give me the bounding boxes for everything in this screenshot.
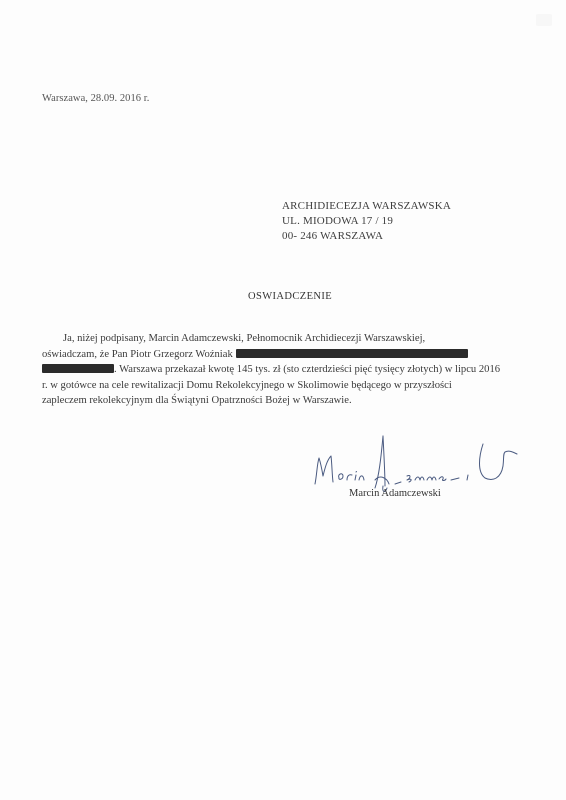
declaration-body: Ja, niżej podpisany, Marcin Adamczewski,… [42, 331, 522, 409]
body-line-3-text: . Warszawa przekazał kwotę 145 tys. zł (… [114, 364, 500, 375]
body-line-3: . Warszawa przekazał kwotę 145 tys. zł (… [42, 362, 522, 378]
signer-name: Marcin Adamczewski [349, 488, 441, 499]
recipient-line-1: ARCHIDIECEZJA WARSZAWSKA [282, 199, 451, 214]
body-line-1: Ja, niżej podpisany, Marcin Adamczewski,… [42, 331, 522, 347]
body-line-5: zapleczem rekolekcyjnym dla Świątyni Opa… [42, 393, 522, 409]
body-line-2-text: oświadczam, że Pan Piotr Grzegorz Woźnia… [42, 349, 233, 360]
scan-artifact [536, 14, 552, 26]
recipient-line-3: 00- 246 WARSZAWA [282, 229, 451, 244]
body-line-2: oświadczam, że Pan Piotr Grzegorz Woźnia… [42, 347, 522, 363]
recipient-address: ARCHIDIECEZJA WARSZAWSKA UL. MIODOWA 17 … [282, 199, 451, 244]
redaction-bar [42, 364, 114, 373]
redaction-bar [236, 349, 468, 358]
recipient-line-2: UL. MIODOWA 17 / 19 [282, 214, 451, 229]
document-title: OSWIADCZENIE [248, 291, 332, 302]
place-date: Warszawa, 28.09. 2016 r. [42, 93, 149, 104]
body-line-4: r. w gotówce na cele rewitalizacji Domu … [42, 378, 522, 394]
document-page: Warszawa, 28.09. 2016 r. ARCHIDIECEZJA W… [0, 0, 566, 800]
